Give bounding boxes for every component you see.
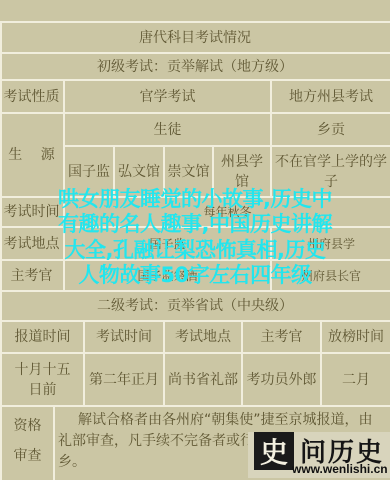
- value-examiner: 考功员外郎: [243, 354, 320, 405]
- header-examiner: 主考官: [243, 322, 320, 352]
- overlay-caption-line-1: 哄女朋友睡觉的小故事,历史中: [0, 188, 390, 211]
- grid-line: [53, 406, 55, 480]
- value-exam-time: 第二年正月: [85, 354, 163, 405]
- review-label-line1: 资格: [2, 415, 53, 437]
- table-title: 唐代科目考试情况: [0, 23, 390, 52]
- review-label-line2: 审查: [2, 445, 53, 467]
- watermark-url: www.wenlishi.cn: [292, 462, 388, 476]
- overlay-caption-line-2: 有趣的名人趣事,中国历史讲解: [0, 213, 390, 236]
- level1-heading: 初级考试：贡举解试（地方级）: [0, 53, 390, 80]
- level2-heading: 二级考试：贡举省试（中央级）: [0, 292, 390, 320]
- source-official-group: 生徒: [65, 114, 270, 145]
- shi-seal-icon: 史: [254, 432, 294, 470]
- value-release-time: 二月: [322, 354, 390, 405]
- overlay-caption-line-3: 大全,孔融让梨恐怖真相,历史: [0, 239, 390, 262]
- value-report-time: 十月十五日前: [2, 354, 83, 405]
- header-exam-time: 考试时间: [85, 322, 163, 352]
- grid-line: [0, 405, 390, 407]
- source-label: 生 源: [0, 114, 63, 196]
- value-exam-place: 尚书省礼部: [165, 354, 241, 405]
- header-release-time: 放榜时间: [322, 322, 390, 352]
- header-exam-place: 考试地点: [165, 322, 241, 352]
- nature-official: 官学考试: [65, 81, 270, 112]
- overlay-caption-line-4: 人物故事50字左右四年级: [0, 264, 390, 287]
- watermark-logo: 史 问历史 www.wenlishi.cn: [248, 432, 390, 478]
- source-local-group: 乡贡: [272, 114, 390, 145]
- nature-local: 地方州县考试: [272, 81, 390, 112]
- header-report-time: 报道时间: [2, 322, 83, 352]
- nature-label: 考试性质: [0, 81, 63, 112]
